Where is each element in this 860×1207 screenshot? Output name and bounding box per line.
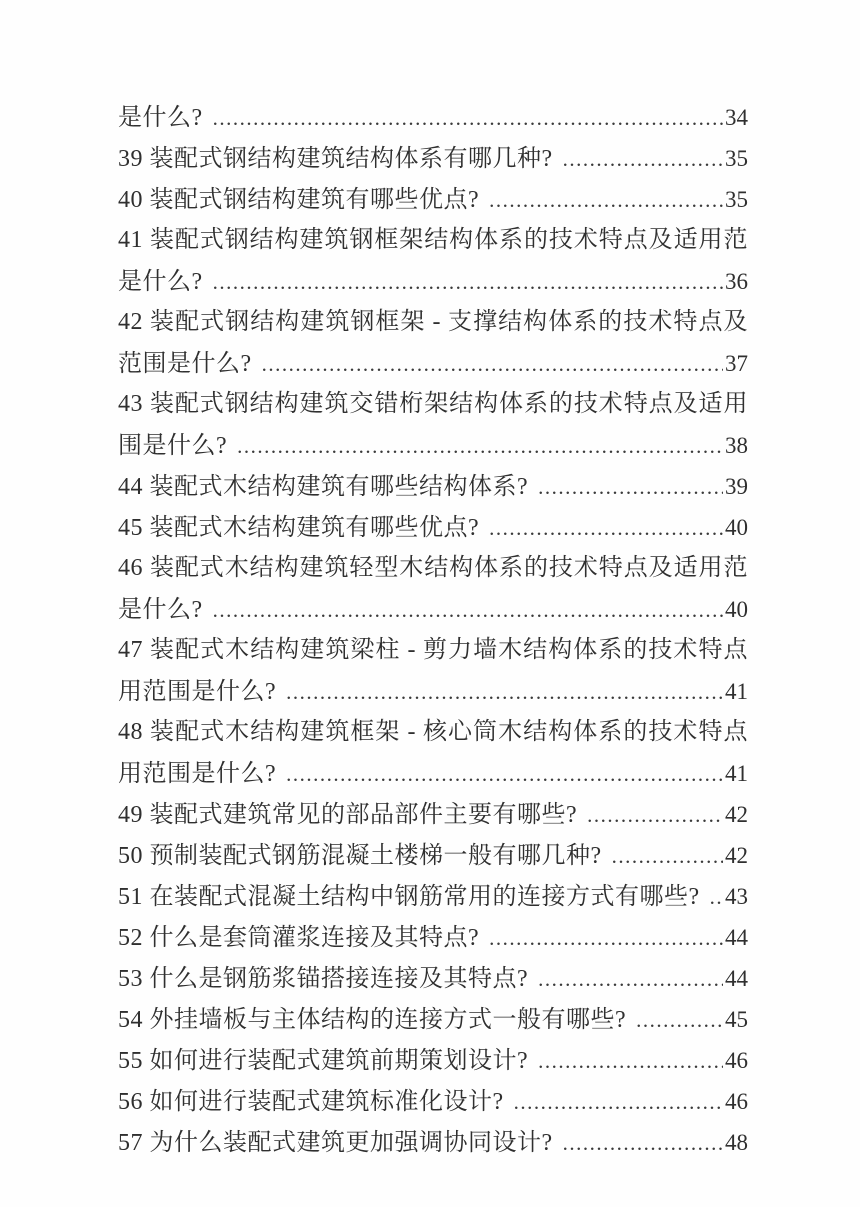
toc-entry-text: 用范围是什么? bbox=[118, 672, 276, 713]
toc-page-number: 39 bbox=[725, 466, 748, 507]
toc-page-number: 41 bbox=[725, 753, 748, 794]
toc-entry-text: 51 在装配式混凝土结构中钢筋常用的连接方式有哪些? bbox=[118, 877, 700, 918]
toc-page-number: 37 bbox=[725, 343, 748, 384]
toc-page-number: 42 bbox=[725, 835, 748, 876]
toc-entry-text: 41 装配式钢结构建筑钢框架结构体系的技术特点及适用范围 bbox=[118, 227, 748, 261]
dot-leader bbox=[237, 426, 723, 467]
toc-entry-text: 43 装配式钢结构建筑交错桁架结构体系的技术特点及适用范 bbox=[118, 391, 748, 425]
toc-row: 是什么? 36 bbox=[118, 261, 748, 302]
dot-leader bbox=[213, 262, 723, 303]
dot-leader bbox=[489, 508, 723, 549]
toc-page-number: 46 bbox=[725, 1081, 748, 1122]
toc-row: 54 外挂墙板与主体结构的连接方式一般有哪些? 45 bbox=[118, 999, 748, 1040]
toc-entry-text: 范围是什么? bbox=[118, 344, 252, 385]
dot-leader bbox=[213, 98, 723, 139]
toc-row: 57 为什么装配式建筑更加强调协同设计? 48 bbox=[118, 1122, 748, 1163]
dot-leader bbox=[612, 836, 723, 877]
toc-row: 39 装配式钢结构建筑结构体系有哪几种? 35 bbox=[118, 138, 748, 179]
toc-row: 50 预制装配式钢筋混凝土楼梯一般有哪几种? 42 bbox=[118, 835, 748, 876]
toc-entry-text: 39 装配式钢结构建筑结构体系有哪几种? bbox=[118, 139, 553, 180]
toc-entry-text: 47 装配式木结构建筑梁柱 - 剪力墙木结构体系的技术特点及适 bbox=[118, 637, 748, 671]
toc-page-number: 45 bbox=[725, 999, 748, 1040]
dot-leader bbox=[213, 590, 723, 631]
toc-entry-text: 围是什么? bbox=[118, 426, 227, 467]
toc-entry-text: 是什么? bbox=[118, 98, 203, 139]
toc-page-number: 38 bbox=[725, 425, 748, 466]
dot-leader bbox=[262, 344, 723, 385]
toc-row: 53 什么是钢筋浆锚搭接连接及其特点? 44 bbox=[118, 958, 748, 999]
toc-row: 47 装配式木结构建筑梁柱 - 剪力墙木结构体系的技术特点及适 bbox=[118, 630, 748, 671]
dot-leader bbox=[636, 1000, 723, 1041]
toc-row: 51 在装配式混凝土结构中钢筋常用的连接方式有哪些? 43 bbox=[118, 876, 748, 917]
toc-row: 范围是什么? 37 bbox=[118, 343, 748, 384]
toc-row: 49 装配式建筑常见的部品部件主要有哪些? 42 bbox=[118, 794, 748, 835]
toc-page-number: 44 bbox=[725, 958, 748, 999]
toc-page-number: 43 bbox=[725, 876, 748, 917]
document-page: 是什么? 34 39 装配式钢结构建筑结构体系有哪几种? 35 40 装配式钢结… bbox=[0, 0, 860, 1207]
toc-page-number: 48 bbox=[725, 1122, 748, 1163]
toc-page-number: 42 bbox=[725, 794, 748, 835]
toc-page-number: 35 bbox=[725, 179, 748, 220]
toc-entry-text: 46 装配式木结构建筑轻型木结构体系的技术特点及适用范围 bbox=[118, 555, 748, 589]
toc-entry-text: 55 如何进行装配式建筑前期策划设计? bbox=[118, 1041, 528, 1082]
toc-entry-text: 48 装配式木结构建筑框架 - 核心筒木结构体系的技术特点及适 bbox=[118, 719, 748, 753]
dot-leader bbox=[563, 139, 723, 180]
toc-entry-text: 57 为什么装配式建筑更加强调协同设计? bbox=[118, 1123, 553, 1164]
toc-page-number: 40 bbox=[725, 589, 748, 630]
toc-page-number: 36 bbox=[725, 261, 748, 302]
toc-list: 是什么? 34 39 装配式钢结构建筑结构体系有哪几种? 35 40 装配式钢结… bbox=[118, 97, 748, 1163]
toc-page-number: 46 bbox=[725, 1040, 748, 1081]
toc-entry-text: 50 预制装配式钢筋混凝土楼梯一般有哪几种? bbox=[118, 836, 602, 877]
dot-leader bbox=[587, 795, 723, 836]
dot-leader bbox=[286, 672, 723, 713]
toc-row: 55 如何进行装配式建筑前期策划设计? 46 bbox=[118, 1040, 748, 1081]
toc-page-number: 35 bbox=[725, 138, 748, 179]
toc-row: 56 如何进行装配式建筑标准化设计? 46 bbox=[118, 1081, 748, 1122]
toc-row: 围是什么? 38 bbox=[118, 425, 748, 466]
dot-leader bbox=[563, 1123, 723, 1164]
toc-page-number: 40 bbox=[725, 507, 748, 548]
toc-row: 用范围是什么? 41 bbox=[118, 753, 748, 794]
toc-entry-text: 用范围是什么? bbox=[118, 754, 276, 795]
toc-page-number: 41 bbox=[725, 671, 748, 712]
toc-page-number: 34 bbox=[725, 97, 748, 138]
toc-row: 41 装配式钢结构建筑钢框架结构体系的技术特点及适用范围 bbox=[118, 220, 748, 261]
toc-entry-text: 52 什么是套筒灌浆连接及其特点? bbox=[118, 918, 479, 959]
toc-row: 44 装配式木结构建筑有哪些结构体系? 39 bbox=[118, 466, 748, 507]
toc-row: 是什么? 34 bbox=[118, 97, 748, 138]
dot-leader bbox=[538, 467, 723, 508]
toc-entry-text: 是什么? bbox=[118, 590, 203, 631]
toc-entry-text: 53 什么是钢筋浆锚搭接连接及其特点? bbox=[118, 959, 528, 1000]
toc-row: 46 装配式木结构建筑轻型木结构体系的技术特点及适用范围 bbox=[118, 548, 748, 589]
toc-entry-text: 45 装配式木结构建筑有哪些优点? bbox=[118, 508, 479, 549]
toc-row: 是什么? 40 bbox=[118, 589, 748, 630]
toc-row: 42 装配式钢结构建筑钢框架 - 支撑结构体系的技术特点及适用 bbox=[118, 302, 748, 343]
toc-row: 52 什么是套筒灌浆连接及其特点? 44 bbox=[118, 917, 748, 958]
toc-row: 43 装配式钢结构建筑交错桁架结构体系的技术特点及适用范 bbox=[118, 384, 748, 425]
toc-entry-text: 54 外挂墙板与主体结构的连接方式一般有哪些? bbox=[118, 1000, 626, 1041]
toc-entry-text: 56 如何进行装配式建筑标准化设计? bbox=[118, 1082, 504, 1123]
toc-entry-text: 42 装配式钢结构建筑钢框架 - 支撑结构体系的技术特点及适用 bbox=[118, 309, 748, 343]
toc-entry-text: 49 装配式建筑常见的部品部件主要有哪些? bbox=[118, 795, 577, 836]
toc-row: 48 装配式木结构建筑框架 - 核心筒木结构体系的技术特点及适 bbox=[118, 712, 748, 753]
dot-leader bbox=[538, 1041, 723, 1082]
dot-leader bbox=[514, 1082, 723, 1123]
toc-entry-text: 40 装配式钢结构建筑有哪些优点? bbox=[118, 180, 479, 221]
dot-leader bbox=[489, 180, 723, 221]
toc-row: 40 装配式钢结构建筑有哪些优点? 35 bbox=[118, 179, 748, 220]
toc-row: 用范围是什么? 41 bbox=[118, 671, 748, 712]
toc-row: 45 装配式木结构建筑有哪些优点? 40 bbox=[118, 507, 748, 548]
toc-entry-text: 是什么? bbox=[118, 262, 203, 303]
toc-entry-text: 44 装配式木结构建筑有哪些结构体系? bbox=[118, 467, 528, 508]
dot-leader bbox=[710, 877, 723, 918]
dot-leader bbox=[489, 918, 723, 959]
toc-page-number: 44 bbox=[725, 917, 748, 958]
dot-leader bbox=[286, 754, 723, 795]
dot-leader bbox=[538, 959, 723, 1000]
